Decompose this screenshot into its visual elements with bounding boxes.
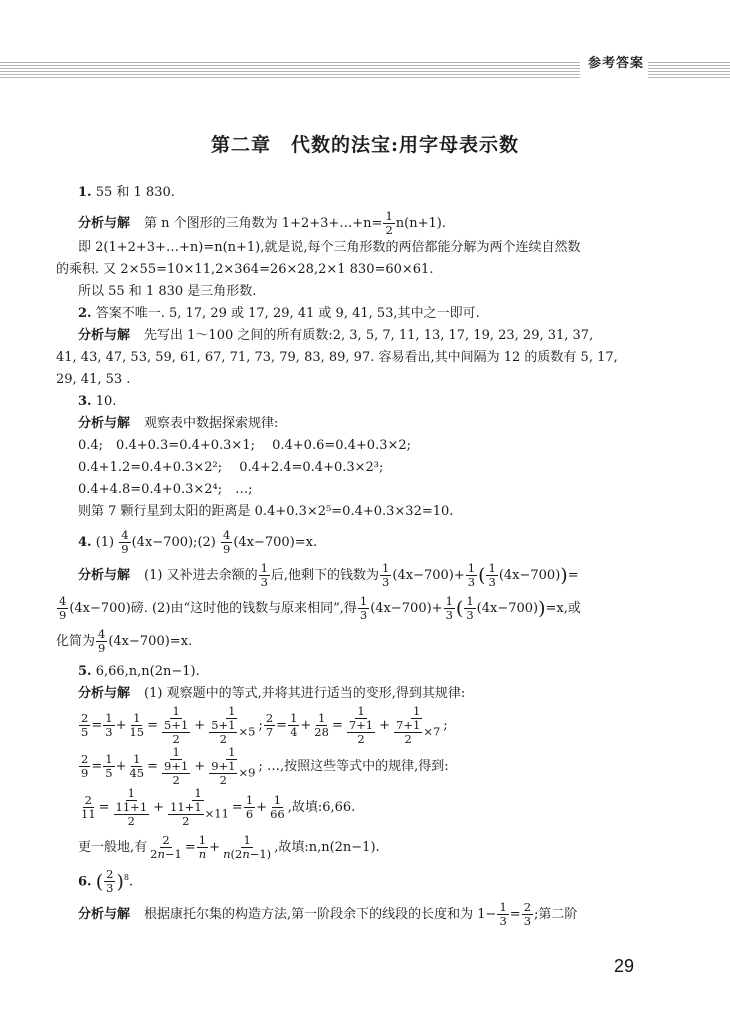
text: (1) xyxy=(96,535,114,550)
q1-line: 的乘积. 又 2×55=10×11,2×364=26×28,2×1 830=60… xyxy=(56,259,653,281)
fraction: 23 xyxy=(522,901,533,928)
text: 化简为 xyxy=(56,634,95,649)
answer-text: 55 和 1 830. xyxy=(96,185,175,200)
fraction: 13 xyxy=(466,562,477,589)
q3-analysis: 分析与解观察表中数据探索规律: xyxy=(78,413,653,435)
text: (1) 又补进去余额的 xyxy=(144,568,258,583)
text: (4x−700)=x. xyxy=(233,535,317,550)
denominator: 3 xyxy=(464,609,475,622)
fraction: 49 xyxy=(221,529,232,556)
denominator: 3 xyxy=(358,609,369,622)
text: 根据康托尔集的构造方法,第一阶段余下的线段的长度和为 1− xyxy=(144,907,496,922)
analysis-label: 分析与解 xyxy=(78,686,130,701)
paren: ( xyxy=(456,598,463,620)
numerator: 1 xyxy=(259,562,270,576)
text: (4x−700)+ xyxy=(370,601,442,616)
denominator: 9 xyxy=(57,609,68,622)
q4-line: 化简为49(4x−700)=x. xyxy=(56,628,653,655)
text: ; …,按照这些等式中的规律,得到: xyxy=(258,759,448,774)
q2-line: 41, 43, 47, 53, 59, 61, 67, 71, 73, 79, … xyxy=(56,347,653,369)
paren: ) xyxy=(560,565,567,587)
fraction: 49 xyxy=(96,628,107,655)
fraction: 15 xyxy=(103,753,114,780)
q-number: 6. xyxy=(78,874,92,889)
fraction: 19+12 xyxy=(159,746,193,787)
q5-general: 更一般地,有22n−1=1n+1n(2n−1),故填:n,n(2n−1). xyxy=(78,834,653,861)
text: 第 n 个图形的三角数为 1+2+3+…+n= xyxy=(144,216,382,231)
numerator: 1 xyxy=(444,595,455,609)
q-number: 3. xyxy=(78,394,92,409)
q5-formula-1: 25=13+115=15+12+15+12×5;27=14+128=17+12+… xyxy=(78,705,653,746)
denominator: 9 xyxy=(96,642,107,655)
text: 更一般地,有 xyxy=(78,840,147,855)
q3-line: 0.4+4.8=0.4+0.3×2⁴; …; xyxy=(78,479,653,501)
q1-analysis: 分析与解第 n 个图形的三角数为 1+2+3+…+n=12n(n+1). xyxy=(78,210,653,237)
q3-line: 0.4; 0.4+0.3=0.4+0.3×1; 0.4+0.6=0.4+0.3×… xyxy=(78,435,653,457)
text: n(n+1). xyxy=(396,216,446,231)
numerator: 4 xyxy=(221,529,232,543)
numerator: 4 xyxy=(57,595,68,609)
q-number: 4. xyxy=(78,535,92,550)
numerator: 4 xyxy=(96,628,107,642)
numerator: 1 xyxy=(380,562,391,576)
q-number: 5. xyxy=(78,664,92,679)
analysis-label: 分析与解 xyxy=(78,416,130,431)
text: = xyxy=(568,568,579,583)
fraction: 145 xyxy=(127,753,146,780)
denominator: 3 xyxy=(486,576,497,589)
q5-formula-2: 29=15+145=19+12+19+12×9; …,按照这些等式中的规律,得到… xyxy=(78,746,653,787)
denominator: 9 xyxy=(221,543,232,556)
q1-line: 即 2(1+2+3+…+n)=n(n+1),就是说,每个三角形数的两倍都能分解为… xyxy=(78,237,653,259)
fraction: 13 xyxy=(464,595,475,622)
fraction: 111+12 xyxy=(111,787,153,828)
numerator: 1 xyxy=(383,210,394,224)
q3-answer: 3. 10. xyxy=(78,391,653,413)
text: (4x−700)+ xyxy=(392,568,464,583)
text: (4x−700)=x. xyxy=(108,634,192,649)
exponent: 8 xyxy=(124,873,129,882)
numerator: 1 xyxy=(464,595,475,609)
paren: ( xyxy=(478,565,485,587)
paren: ) xyxy=(538,598,545,620)
answer-text: 答案不唯一. 5, 17, 29 或 17, 29, 41 或 9, 41, 5… xyxy=(96,306,480,321)
fraction: 49 xyxy=(57,595,68,622)
fraction: 16 xyxy=(244,794,255,821)
text: (4x−700);(2) xyxy=(132,535,216,550)
fraction: 166 xyxy=(268,794,287,821)
fraction: 13 xyxy=(497,901,508,928)
fraction: 1n xyxy=(197,834,208,861)
q3-line: 0.4+1.2=0.4+0.3×2²; 0.4+2.4=0.4+0.3×2³; xyxy=(78,457,653,479)
q4-answer: 4. (1) 49(4x−700);(2) 49(4x−700)=x. xyxy=(78,529,653,556)
q5-analysis: 分析与解(1) 观察题中的等式,并将其进行适当的变形,得到其规律: xyxy=(78,683,653,705)
analysis-label: 分析与解 xyxy=(78,216,130,231)
text: ,故填:6,66. xyxy=(288,800,356,815)
fraction: 23 xyxy=(104,868,115,895)
fraction: 49 xyxy=(119,529,130,556)
analysis-label: 分析与解 xyxy=(78,907,130,922)
fraction: 27 xyxy=(264,712,275,739)
answer-content: 1. 55 和 1 830. 分析与解第 n 个图形的三角数为 1+2+3+…+… xyxy=(78,182,653,928)
text: =x,或 xyxy=(546,601,581,616)
q6-answer: 6. (23)8. xyxy=(78,867,653,895)
fraction: 19+12×9 xyxy=(206,746,257,787)
analysis-label: 分析与解 xyxy=(78,328,130,343)
text: ;第二阶 xyxy=(534,907,577,922)
q2-analysis: 分析与解先写出 1～100 之间的所有质数:2, 3, 5, 7, 11, 13… xyxy=(78,325,653,347)
fraction: 14 xyxy=(288,712,299,739)
fraction: 22n−1 xyxy=(148,834,184,861)
denominator: 3 xyxy=(259,576,270,589)
fraction: 25 xyxy=(79,712,90,739)
chapter-title: 第二章 代数的法宝:用字母表示数 xyxy=(0,130,730,157)
text: (4x−700) xyxy=(477,601,538,616)
text: 后,他剩下的钱数为 xyxy=(271,568,379,583)
denominator: 9 xyxy=(119,543,130,556)
numerator: 4 xyxy=(119,529,130,543)
q6-analysis: 分析与解根据康托尔集的构造方法,第一阶段余下的线段的长度和为 1−13=23;第… xyxy=(78,901,653,928)
fraction: 13 xyxy=(380,562,391,589)
running-header: 参考答案 xyxy=(586,52,646,71)
denominator: 3 xyxy=(466,576,477,589)
fraction: 15+12×5 xyxy=(206,705,257,746)
q4-line: 49(4x−700)磅. (2)由“这时他的钱数与原来相同”,得13(4x−70… xyxy=(56,595,653,622)
fraction: 111+12×11 xyxy=(165,787,231,828)
text: ,故填:n,n(2n−1). xyxy=(274,840,379,855)
fraction: 29 xyxy=(79,753,90,780)
fraction: 12 xyxy=(383,210,394,237)
q-number: 1. xyxy=(78,185,92,200)
numerator: 1 xyxy=(486,562,497,576)
fraction: 13 xyxy=(444,595,455,622)
fraction: 17+12 xyxy=(344,705,378,746)
q-number: 2. xyxy=(78,306,92,321)
denominator: 2 xyxy=(383,224,394,237)
fraction: 211 xyxy=(79,794,98,821)
q5-formula-3: 211=111+12+111+12×11=16+166,故填:6,66. xyxy=(78,787,653,828)
fraction: 13 xyxy=(486,562,497,589)
page-number: 29 xyxy=(614,956,634,977)
text: 观察表中数据探索规律: xyxy=(144,416,278,431)
denominator: 3 xyxy=(380,576,391,589)
q4-analysis: 分析与解(1) 又补进去余额的13后,他剩下的钱数为13(4x−700)+13(… xyxy=(78,562,653,589)
text: (4x−700) xyxy=(499,568,560,583)
numerator: 1 xyxy=(358,595,369,609)
fraction: 13 xyxy=(358,595,369,622)
q5-answer: 5. 6,66,n,n(2n−1). xyxy=(78,661,653,683)
q2-answer: 2. 答案不唯一. 5, 17, 29 或 17, 29, 41 或 9, 41… xyxy=(78,303,653,325)
fraction: 1n(2n−1) xyxy=(221,834,273,861)
analysis-label: 分析与解 xyxy=(78,568,130,583)
fraction: 13 xyxy=(259,562,270,589)
answer-text: 6,66,n,n(2n−1). xyxy=(96,664,200,679)
text: (4x−700)磅. (2)由“这时他的钱数与原来相同”,得 xyxy=(69,601,357,616)
fraction: 17+12×7 xyxy=(391,705,442,746)
q1-line: 所以 55 和 1 830 是三角形数. xyxy=(78,281,653,303)
q1-answer: 1. 55 和 1 830. xyxy=(78,182,653,204)
text: (1) 观察题中的等式,并将其进行适当的变形,得到其规律: xyxy=(144,686,465,701)
header-rule-left xyxy=(0,62,580,78)
numerator: 1 xyxy=(466,562,477,576)
header-rule-right xyxy=(648,62,730,78)
q3-line: 则第 7 颗行星到太阳的距离是 0.4+0.3×2⁵=0.4+0.3×32=10… xyxy=(78,501,653,523)
fraction: 15+12 xyxy=(159,705,193,746)
fraction: 128 xyxy=(312,712,331,739)
denominator: 3 xyxy=(444,609,455,622)
fraction: 115 xyxy=(127,712,146,739)
q2-line: 29, 41, 53 . xyxy=(56,369,653,391)
answer-text: 10. xyxy=(96,394,117,409)
text: 先写出 1～100 之间的所有质数:2, 3, 5, 7, 11, 13, 17… xyxy=(144,328,593,343)
fraction: 13 xyxy=(103,712,114,739)
